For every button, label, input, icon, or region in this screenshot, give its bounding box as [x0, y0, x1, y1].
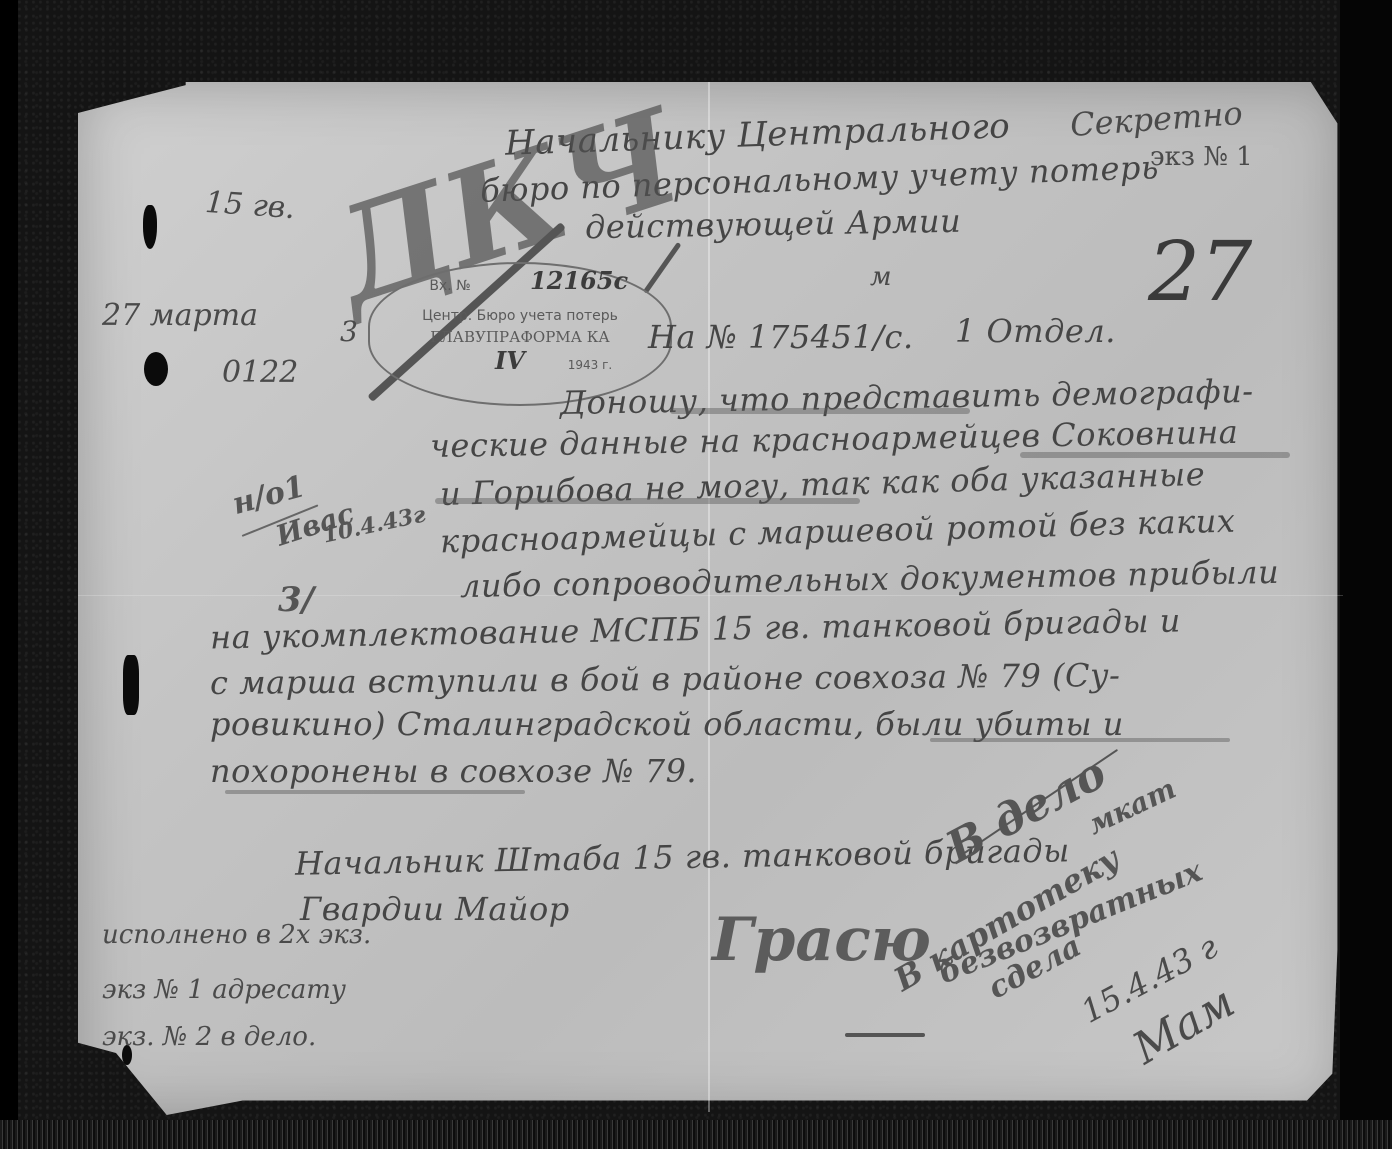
reference-department: 1 Отдел. — [955, 312, 1116, 350]
distribution-line-3: экз. № 2 в дело. — [102, 1022, 316, 1052]
pencil-underline — [225, 790, 525, 794]
margin-mark-lower: 3/ — [278, 580, 314, 620]
binding-hole-icon — [143, 205, 157, 249]
body-line-9: похоронены в совхозе № 79. — [210, 752, 697, 790]
reference-number: На № 175451/с. — [648, 318, 914, 356]
pencil-underline — [670, 408, 970, 414]
pencil-underline — [1020, 452, 1290, 458]
scan-border-bottom — [0, 1120, 1392, 1149]
unit-label: 15 гв. — [204, 185, 296, 226]
distribution-line-2: экз № 1 адресату — [102, 975, 346, 1005]
body-line-7: с марша вступили в бой в районе совхоза … — [210, 656, 1121, 702]
scan-border-right — [1340, 0, 1392, 1149]
pencil-underline — [930, 738, 1230, 742]
stamp-margin-mark: 3 — [340, 315, 358, 348]
scan-border-left — [0, 0, 18, 1149]
document-date: 27 марта — [102, 298, 258, 333]
signature-underline — [845, 1033, 925, 1037]
stamp-org-line-2: ГЛАВУПРАФОРМА КА — [370, 328, 670, 346]
reference-mark: м — [870, 262, 892, 292]
archive-sheet-number: 27 — [1148, 225, 1252, 320]
pencil-underline — [435, 498, 860, 504]
distribution-line-1: исполнено в 2х экз. — [102, 920, 371, 950]
copy-number: экз № 1 — [1150, 142, 1253, 172]
stamp-org-line-1: Центр. Бюро учета потерь — [370, 308, 670, 324]
stamp-entry-number: 12165с — [530, 266, 628, 295]
binding-hole-icon — [123, 655, 139, 715]
stamp-date-year: 1943 г. — [440, 358, 740, 372]
outgoing-number: 0122 — [222, 355, 298, 390]
binding-hole-icon — [144, 352, 168, 386]
